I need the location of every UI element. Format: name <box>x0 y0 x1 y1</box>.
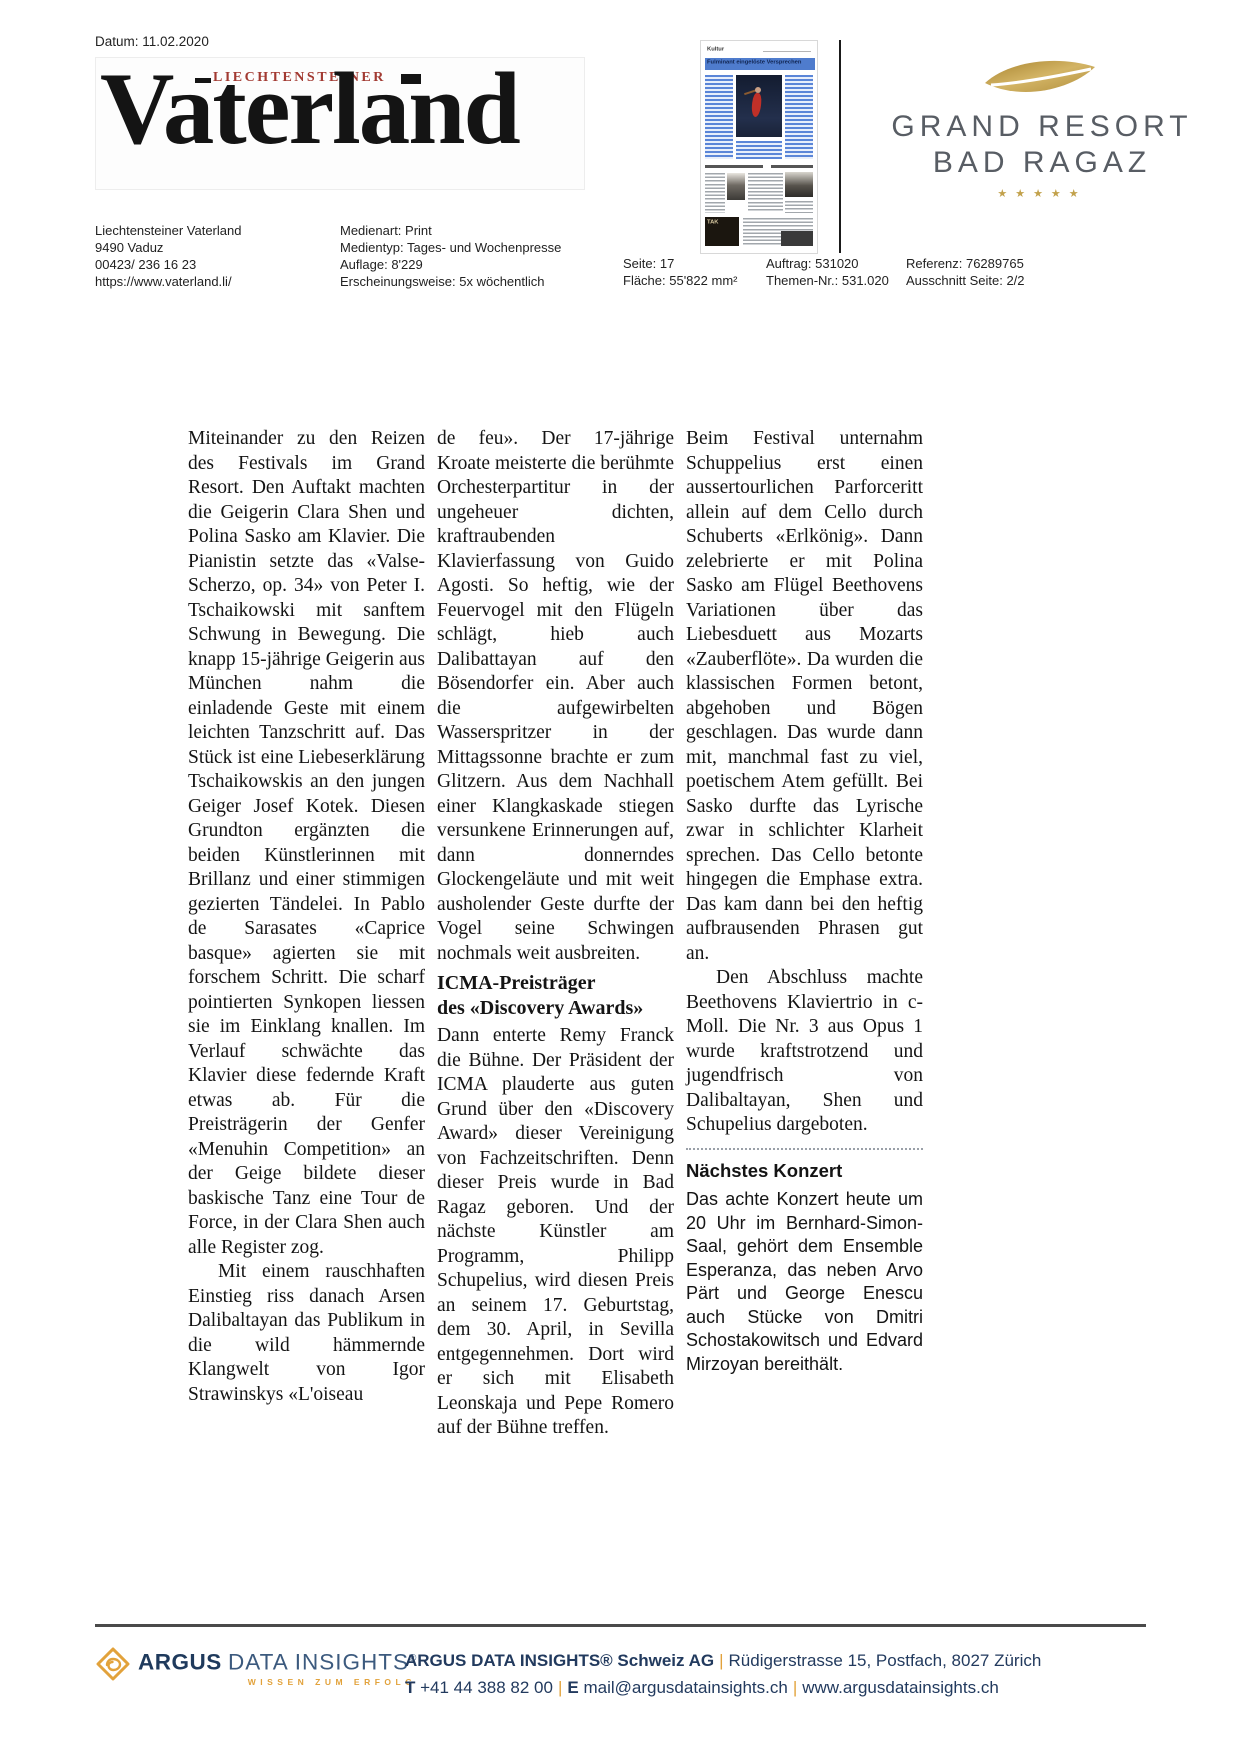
paragraph: Beim Festival unternahm Schuppelius erst… <box>686 427 923 966</box>
tak-photo-block: TAK <box>705 217 739 246</box>
meta-column-source: Liechtensteiner Vaterland 9490 Vaduz 004… <box>95 222 241 290</box>
meta-medientyp: Medientyp: Tages- und Wochenpresse <box>340 239 561 256</box>
thumbnail-headline: Fulminant eingelöste Versprechen <box>707 59 770 65</box>
meta-source-url: https://www.vaterland.li/ <box>95 273 241 290</box>
paragraph: de feu». Der 17-jährige Kroate meisterte… <box>437 427 674 966</box>
meta-medienart: Medienart: Print <box>340 222 561 239</box>
separator: | <box>553 1678 567 1697</box>
clipping-page: Datum: 11.02.2020 LIECHTENSTEINER Vaterl… <box>0 0 1240 1753</box>
portrait-photo <box>785 172 813 197</box>
meta-ausschnitt: Ausschnitt Seite: 2/2 <box>906 272 1025 289</box>
article-column-3: Beim Festival unternahm Schuppelius erst… <box>686 427 923 1441</box>
subheading: ICMA-Preisträger des «Discovery Awards» <box>437 971 674 1021</box>
argus-brand-line: ARGUS DATA INSIGHTS® <box>138 1646 416 1676</box>
meta-referenz: Referenz: 76289765 <box>906 255 1025 272</box>
thumbnail-headline-bar: Fulminant eingelöste Versprechen <box>705 58 815 70</box>
next-concert-heading: Nächstes Konzert <box>686 1159 923 1184</box>
footer-company: ARGUS DATA INSIGHTS® Schweiz AG <box>405 1651 714 1670</box>
article-body: Miteinander zu den Reizen des Festivals … <box>188 427 924 1441</box>
footer-email: mail@argusdatainsights.ch <box>583 1678 787 1697</box>
paragraph: Den Abschluss machte Beethovens Klaviert… <box>686 966 923 1138</box>
article-column-1: Miteinander zu den Reizen des Festivals … <box>188 427 425 1441</box>
star-rating: ★★★★★ <box>856 187 1228 200</box>
thumbnail-small-photo <box>781 231 813 246</box>
paragraph: Miteinander zu den Reizen des Festivals … <box>188 427 425 1260</box>
meta-source-phone: 00423/ 236 16 23 <box>95 256 241 273</box>
masthead-title: Vaterland <box>100 58 519 161</box>
meta-auftrag: Auftrag: 531020 <box>766 255 889 272</box>
argus-logo: ARGUS DATA INSIGHTS® WISSEN ZUM ERFOLG <box>95 1646 416 1687</box>
grand-resort-logo: GRAND RESORT BAD RAGAZ ★★★★★ <box>856 56 1228 200</box>
meta-column-order: Auftrag: 531020 Themen-Nr.: 531.020 <box>766 255 889 289</box>
next-concert-text: Das achte Konzert heute um 20 Uhr im Ber… <box>686 1188 923 1376</box>
thumbnail-text-block <box>736 141 782 159</box>
email-label: E <box>567 1678 578 1697</box>
thumbnail-text-block <box>705 75 733 159</box>
meta-flaeche: Fläche: 55'822 mm² <box>623 272 737 289</box>
header-vertical-divider <box>839 40 841 253</box>
performer-dress-shape <box>751 93 762 118</box>
meta-source-city: 9490 Vaduz <box>95 239 241 256</box>
footer-address: Rüdigerstrasse 15, Postfach, 8027 Zürich <box>729 1651 1042 1670</box>
footer-contact-line2: T +41 44 388 82 00|E mail@argusdatainsig… <box>405 1675 1041 1702</box>
thumbnail-text-block <box>705 173 725 213</box>
thumbnail-subheadline-bar <box>705 165 763 168</box>
meta-seite: Seite: 17 <box>623 255 737 272</box>
swoosh-icon <box>981 56 1103 104</box>
phone-label: T <box>405 1678 415 1697</box>
brand-name-line2: BAD RAGAZ <box>856 145 1228 181</box>
thumbnail-text-block <box>785 201 813 213</box>
next-concert-box: Nächstes Konzert Das achte Konzert heute… <box>686 1148 923 1377</box>
violinist-photo <box>736 75 782 137</box>
thumbnail-subheadline-bar <box>771 165 813 168</box>
subheading-line1: ICMA-Preisträger <box>437 971 674 996</box>
article-column-2: de feu». Der 17-jährige Kroate meisterte… <box>437 427 674 1441</box>
meta-erscheinungsweise: Erscheinungsweise: 5x wöchentlich <box>340 273 561 290</box>
footer-phone: +41 44 388 82 00 <box>420 1678 553 1697</box>
meta-column-page: Seite: 17 Fläche: 55'822 mm² <box>623 255 737 289</box>
meta-column-medium: Medienart: Print Medientyp: Tages- und W… <box>340 222 561 290</box>
thumbnail-section-label: Kultur <box>707 46 724 52</box>
footer-contact-block: ARGUS DATA INSIGHTS® Schweiz AG|Rüdigers… <box>405 1648 1041 1701</box>
subheading-line2: des «Discovery Awards» <box>437 996 674 1021</box>
separator: | <box>788 1678 802 1697</box>
footer-divider <box>95 1624 1146 1627</box>
argus-brand-light: DATA INSIGHTS <box>228 1650 409 1675</box>
footer-contact-line1: ARGUS DATA INSIGHTS® Schweiz AG|Rüdigers… <box>405 1648 1041 1675</box>
footer-website: www.argusdatainsights.ch <box>802 1678 999 1697</box>
separator: | <box>714 1651 728 1670</box>
brand-name-line1: GRAND RESORT <box>856 109 1228 145</box>
thumbnail-text-block <box>785 75 813 159</box>
argus-logo-text: ARGUS DATA INSIGHTS® WISSEN ZUM ERFOLG <box>138 1646 416 1687</box>
thumbnail-text-block <box>748 173 783 211</box>
thumbnail-top-rule <box>763 51 811 52</box>
tak-label: TAK <box>707 219 726 225</box>
meta-auflage: Auflage: 8'229 <box>340 256 561 273</box>
paragraph: Mit einem rauschhaften Einstieg riss dan… <box>188 1260 425 1407</box>
portrait-photo <box>727 173 745 200</box>
argus-eye-icon <box>95 1646 131 1682</box>
newspaper-masthead: LIECHTENSTEINER Vaterland <box>95 57 585 190</box>
paragraph: Dann enterte Remy Franck die Bühne. Der … <box>437 1024 674 1441</box>
newspaper-page-thumbnail: Kultur Fulminant eingelöste Versprechen … <box>700 40 818 254</box>
argus-tagline: WISSEN ZUM ERFOLG <box>138 1677 416 1687</box>
meta-source-name: Liechtensteiner Vaterland <box>95 222 241 239</box>
date-label: Datum: 11.02.2020 <box>95 34 209 49</box>
argus-brand-bold: ARGUS <box>138 1650 222 1675</box>
meta-themen-nr: Themen-Nr.: 531.020 <box>766 272 889 289</box>
meta-column-reference: Referenz: 76289765 Ausschnitt Seite: 2/2 <box>906 255 1025 289</box>
